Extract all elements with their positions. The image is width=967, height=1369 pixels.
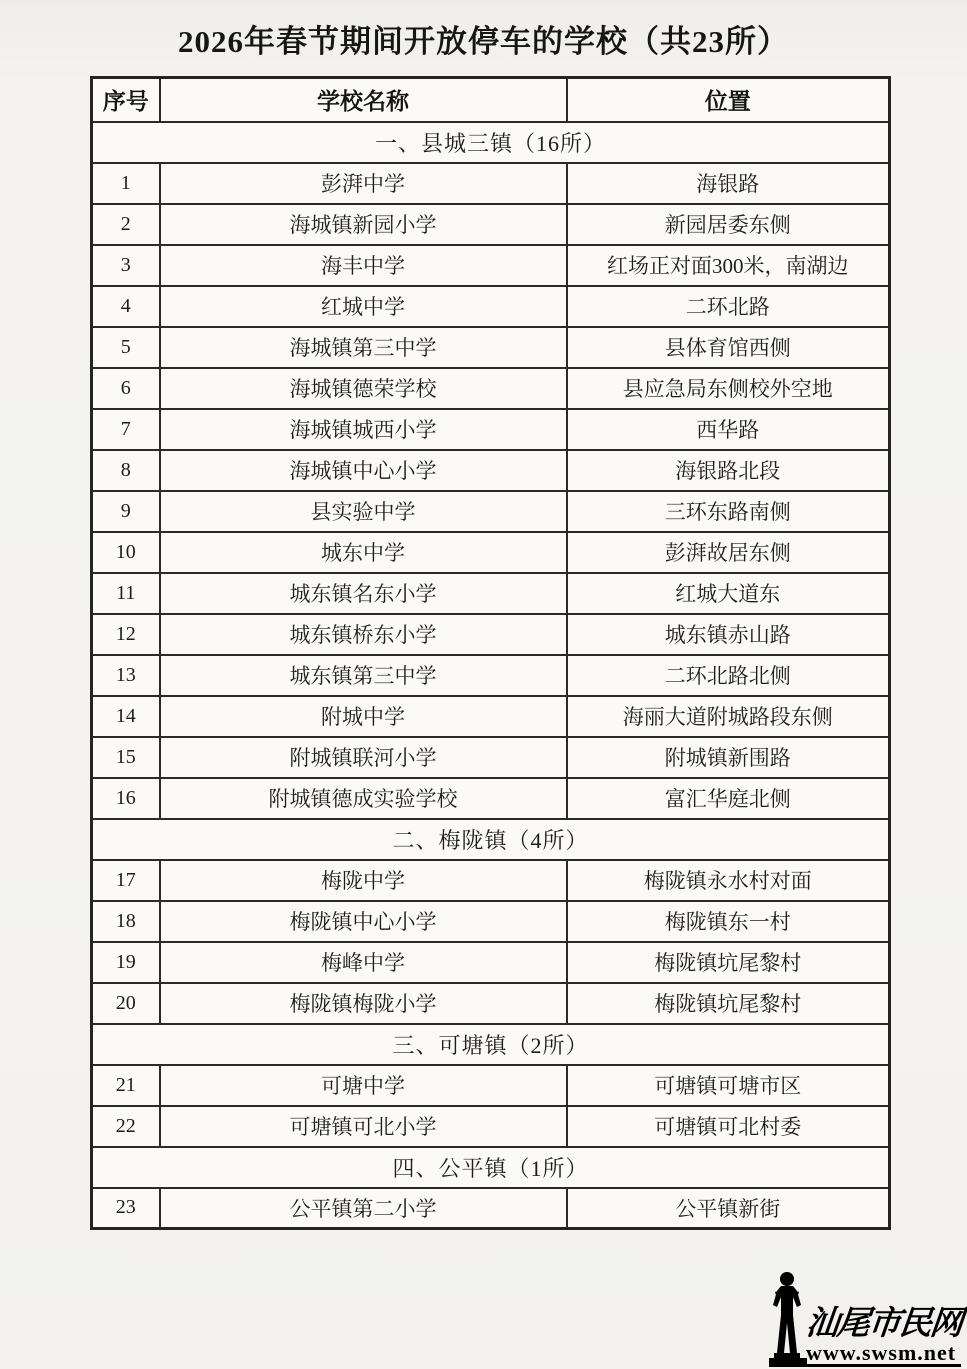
location: 梅陇镇坑尾黎村 <box>567 942 890 983</box>
table-row: 8海城镇中心小学海银路北段 <box>92 450 890 491</box>
row-number: 7 <box>92 409 160 450</box>
location: 新园居委东侧 <box>567 204 890 245</box>
row-number: 12 <box>92 614 160 655</box>
location: 海银路北段 <box>567 450 890 491</box>
row-number: 18 <box>92 901 160 942</box>
person-silhouette-icon <box>766 1271 810 1367</box>
row-number: 5 <box>92 327 160 368</box>
location: 海丽大道附城路段东侧 <box>567 696 890 737</box>
row-number: 22 <box>92 1106 160 1147</box>
table-row: 7海城镇城西小学西华路 <box>92 409 890 450</box>
school-name: 附城镇联河小学 <box>160 737 567 778</box>
location: 梅陇镇东一村 <box>567 901 890 942</box>
table-row: 4红城中学二环北路 <box>92 286 890 327</box>
section-row: 二、梅陇镇（4所） <box>92 819 890 860</box>
school-name: 海丰中学 <box>160 245 567 286</box>
row-number: 15 <box>92 737 160 778</box>
school-name: 海城镇德荣学校 <box>160 368 567 409</box>
table-row: 6海城镇德荣学校县应急局东侧校外空地 <box>92 368 890 409</box>
table-row: 9县实验中学三环东路南侧 <box>92 491 890 532</box>
table-row: 5海城镇第三中学县体育馆西侧 <box>92 327 890 368</box>
header-school-name: 学校名称 <box>160 78 567 122</box>
row-number: 17 <box>92 860 160 901</box>
table-row: 22可塘镇可北小学可塘镇可北村委 <box>92 1106 890 1147</box>
row-number: 16 <box>92 778 160 819</box>
location: 海银路 <box>567 163 890 204</box>
school-name: 附城镇德成实验学校 <box>160 778 567 819</box>
row-number: 2 <box>92 204 160 245</box>
row-number: 9 <box>92 491 160 532</box>
table-row: 19梅峰中学梅陇镇坑尾黎村 <box>92 942 890 983</box>
location: 三环东路南侧 <box>567 491 890 532</box>
school-name: 可塘镇可北小学 <box>160 1106 567 1147</box>
document-title: 2026年春节期间开放停车的学校（共23所） <box>0 16 967 61</box>
watermark: 汕尾市民网 www.swsm.net <box>766 1271 961 1367</box>
section-label: 四、公平镇（1所） <box>92 1147 890 1188</box>
row-number: 3 <box>92 245 160 286</box>
document-page: 2026年春节期间开放停车的学校（共23所） 序号 学校名称 位置 一、县城三镇… <box>0 0 967 1369</box>
location: 富汇华庭北侧 <box>567 778 890 819</box>
table-row: 20梅陇镇梅陇小学梅陇镇坑尾黎村 <box>92 983 890 1024</box>
school-parking-table: 序号 学校名称 位置 一、县城三镇（16所）1彭湃中学海银路2海城镇新园小学新园… <box>90 76 891 1230</box>
header-location: 位置 <box>567 78 890 122</box>
school-name: 梅陇镇中心小学 <box>160 901 567 942</box>
table-row: 16附城镇德成实验学校富汇华庭北侧 <box>92 778 890 819</box>
school-name: 公平镇第二小学 <box>160 1188 567 1229</box>
table-row: 2海城镇新园小学新园居委东侧 <box>92 204 890 245</box>
table-row: 11城东镇名东小学红城大道东 <box>92 573 890 614</box>
section-label: 三、可塘镇（2所） <box>92 1024 890 1065</box>
row-number: 21 <box>92 1065 160 1106</box>
row-number: 1 <box>92 163 160 204</box>
location: 可塘镇可塘市区 <box>567 1065 890 1106</box>
table-row: 14附城中学海丽大道附城路段东侧 <box>92 696 890 737</box>
location: 附城镇新围路 <box>567 737 890 778</box>
table-row: 1彭湃中学海银路 <box>92 163 890 204</box>
row-number: 13 <box>92 655 160 696</box>
section-row: 一、县城三镇（16所） <box>92 122 890 163</box>
table-row: 13城东镇第三中学二环北路北侧 <box>92 655 890 696</box>
school-name: 可塘中学 <box>160 1065 567 1106</box>
location: 红场正对面300米，南湖边 <box>567 245 890 286</box>
school-name: 海城镇第三中学 <box>160 327 567 368</box>
school-name: 梅陇中学 <box>160 860 567 901</box>
row-number: 4 <box>92 286 160 327</box>
header-number: 序号 <box>92 78 160 122</box>
table-row: 15附城镇联河小学附城镇新围路 <box>92 737 890 778</box>
table-row: 3海丰中学红场正对面300米，南湖边 <box>92 245 890 286</box>
location: 二环北路 <box>567 286 890 327</box>
location: 二环北路北侧 <box>567 655 890 696</box>
location: 县应急局东侧校外空地 <box>567 368 890 409</box>
table-body: 一、县城三镇（16所）1彭湃中学海银路2海城镇新园小学新园居委东侧3海丰中学红场… <box>92 122 890 1229</box>
section-row: 三、可塘镇（2所） <box>92 1024 890 1065</box>
table-header-row: 序号 学校名称 位置 <box>92 78 890 122</box>
watermark-site-url: www.swsm.net <box>806 1341 961 1367</box>
school-name: 城东镇名东小学 <box>160 573 567 614</box>
location: 梅陇镇坑尾黎村 <box>567 983 890 1024</box>
school-name: 梅峰中学 <box>160 942 567 983</box>
school-name: 附城中学 <box>160 696 567 737</box>
watermark-site-name: 汕尾市民网 <box>804 1308 962 1341</box>
table-row: 10城东中学彭湃故居东侧 <box>92 532 890 573</box>
school-name: 彭湃中学 <box>160 163 567 204</box>
school-name: 海城镇城西小学 <box>160 409 567 450</box>
school-name: 梅陇镇梅陇小学 <box>160 983 567 1024</box>
location: 可塘镇可北村委 <box>567 1106 890 1147</box>
school-name: 海城镇中心小学 <box>160 450 567 491</box>
table-row: 21可塘中学可塘镇可塘市区 <box>92 1065 890 1106</box>
location: 梅陇镇永水村对面 <box>567 860 890 901</box>
location: 公平镇新街 <box>567 1188 890 1229</box>
school-name: 城东中学 <box>160 532 567 573</box>
row-number: 14 <box>92 696 160 737</box>
row-number: 6 <box>92 368 160 409</box>
school-name: 县实验中学 <box>160 491 567 532</box>
school-name: 红城中学 <box>160 286 567 327</box>
row-number: 19 <box>92 942 160 983</box>
location: 城东镇赤山路 <box>567 614 890 655</box>
location: 县体育馆西侧 <box>567 327 890 368</box>
section-label: 二、梅陇镇（4所） <box>92 819 890 860</box>
school-name: 海城镇新园小学 <box>160 204 567 245</box>
location: 西华路 <box>567 409 890 450</box>
school-name: 城东镇第三中学 <box>160 655 567 696</box>
section-label: 一、县城三镇（16所） <box>92 122 890 163</box>
table-row: 17梅陇中学梅陇镇永水村对面 <box>92 860 890 901</box>
row-number: 11 <box>92 573 160 614</box>
table-row: 18梅陇镇中心小学梅陇镇东一村 <box>92 901 890 942</box>
row-number: 8 <box>92 450 160 491</box>
location: 红城大道东 <box>567 573 890 614</box>
table-row: 12城东镇桥东小学城东镇赤山路 <box>92 614 890 655</box>
location: 彭湃故居东侧 <box>567 532 890 573</box>
row-number: 10 <box>92 532 160 573</box>
school-name: 城东镇桥东小学 <box>160 614 567 655</box>
row-number: 20 <box>92 983 160 1024</box>
row-number: 23 <box>92 1188 160 1229</box>
section-row: 四、公平镇（1所） <box>92 1147 890 1188</box>
table-row: 23公平镇第二小学公平镇新街 <box>92 1188 890 1229</box>
